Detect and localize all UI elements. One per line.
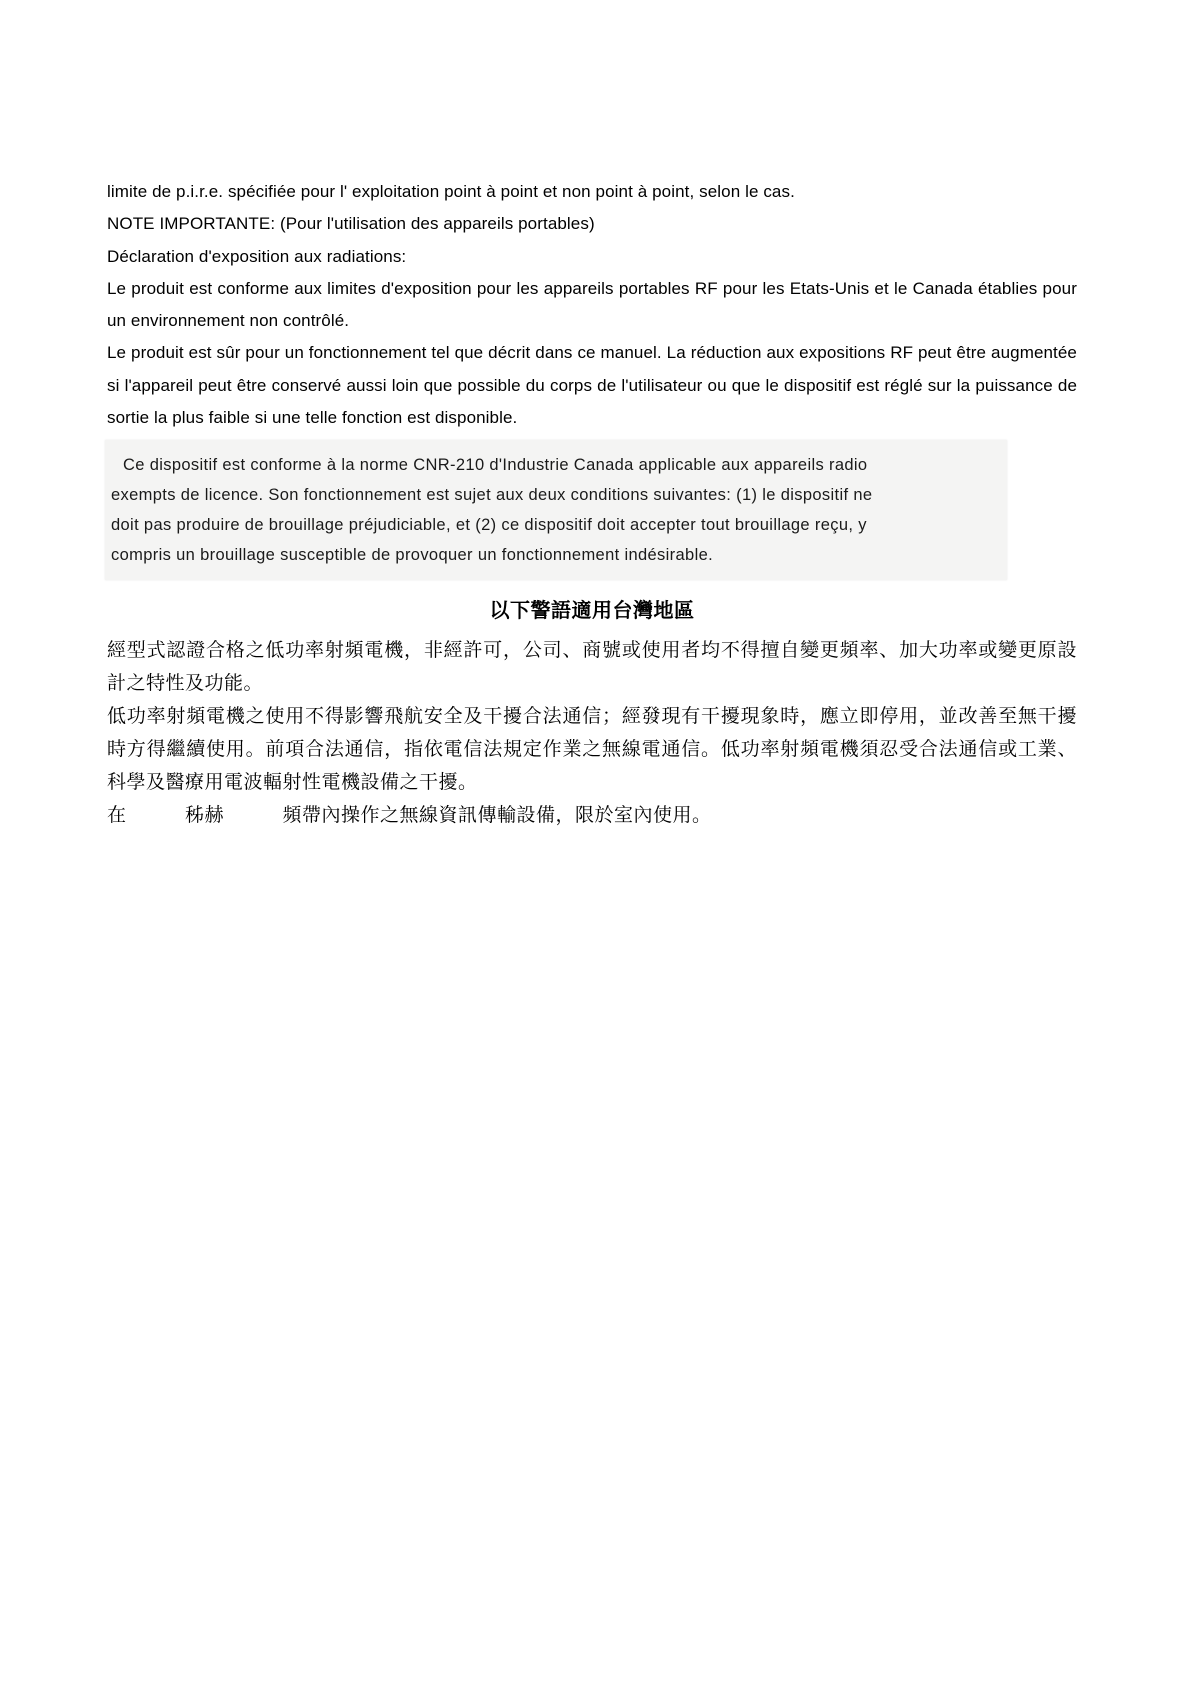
ic-notice-line: doit pas produire de brouillage préjudic… — [111, 510, 1003, 540]
ic-canada-notice-image: Ce dispositif est conforme à la norme CN… — [105, 440, 1007, 580]
taiwan-paragraph-type-approval: 經型式認證合格之低功率射頻電機，非經許可，公司、商號或使用者均不得擅自變更頻率、… — [107, 634, 1077, 700]
french-paragraph-exposure-limits: Le produit est conforme aux limites d'ex… — [107, 273, 1077, 338]
taiwan-warning-heading: 以下警語適用台灣地區 — [107, 594, 1077, 623]
taiwan-paragraph-indoor-use: 在 秭赫 頻帶內操作之無線資訊傳輸設備，限於室內使用。 — [107, 799, 1077, 832]
ic-notice-line: exempts de licence. Son fonctionnement e… — [111, 480, 1003, 510]
french-paragraph-eirp-limit: limite de p.i.r.e. spécifiée pour l' exp… — [107, 176, 1077, 208]
french-paragraph-safe-operation: Le produit est sûr pour un fonctionnemen… — [107, 337, 1077, 434]
french-paragraph-important-note: NOTE IMPORTANTE: (Pour l'utilisation des… — [107, 208, 1077, 240]
document-page-content: limite de p.i.r.e. spécifiée pour l' exp… — [107, 176, 1077, 832]
ic-notice-line: compris un brouillage susceptible de pro… — [111, 540, 1003, 570]
ic-notice-line: Ce dispositif est conforme à la norme CN… — [111, 450, 1003, 480]
french-paragraph-exposure-declaration: Déclaration d'exposition aux radiations: — [107, 241, 1077, 273]
taiwan-paragraph-interference: 低功率射頻電機之使用不得影響飛航安全及干擾合法通信；經發現有干擾現象時，應立即停… — [107, 700, 1077, 799]
